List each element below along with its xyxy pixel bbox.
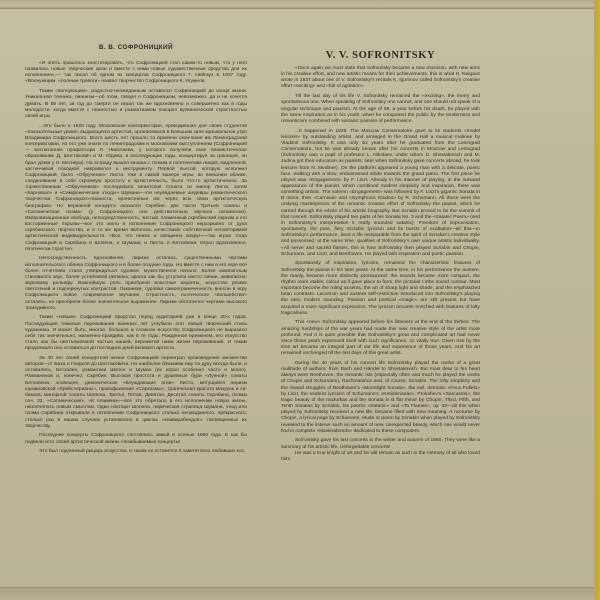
english-title: V. V. SOFRONITSKY xyxy=(281,50,480,61)
page-top-edge xyxy=(0,0,600,9)
english-paragraph: Spontaneity of inspiration, lyricism, re… xyxy=(281,261,480,316)
russian-paragraph: Это был подлинный рыцарь искусства, и та… xyxy=(25,449,247,455)
english-paragraph: This «new» Sofronitsky appeared before h… xyxy=(281,320,480,357)
russian-paragraph: «И опять пришлось констатировать, что Со… xyxy=(25,61,247,86)
russian-paragraph: Таким «новым» Софроницкий предстал перед… xyxy=(25,315,247,352)
printed-page: В. В. СОФРОНИЦКИЙ «И опять пришлось конс… xyxy=(0,6,594,600)
russian-body: «И опять пришлось констатировать, что Со… xyxy=(25,61,247,456)
english-paragraph: Sofronitsky gave his last concerts in th… xyxy=(281,438,480,450)
english-paragraph: ...It happened in 1926. The Moscow Conse… xyxy=(281,129,480,258)
russian-title: В. В. СОФРОНИЦКИЙ xyxy=(25,44,247,51)
english-paragraph: During the 40 years of his concert life … xyxy=(281,361,480,435)
english-body: «Once again we must state that Sofronits… xyxy=(281,66,480,463)
page-bottom-edge xyxy=(0,587,600,600)
russian-paragraph: ...Это было в 1926 году. Московская конс… xyxy=(25,124,247,253)
sleeve-right-edge xyxy=(594,0,600,600)
english-paragraph: «Once again we must state that Sofronits… xyxy=(281,66,480,91)
russian-paragraph: За 40 лет своей концертной жизни Софрони… xyxy=(25,356,247,430)
english-paragraph: He was a true knight of art and he will … xyxy=(281,451,480,463)
russian-paragraph: Таким «волнующим», радостно-неожиданным … xyxy=(25,89,247,120)
russian-paragraph: Последние концерты Софроницкого состояли… xyxy=(25,433,247,445)
english-paragraph: Till the last day of his life V. Sofroni… xyxy=(281,94,480,125)
russian-paragraph: Непосредственность вдохновения, лиризм о… xyxy=(25,256,247,311)
